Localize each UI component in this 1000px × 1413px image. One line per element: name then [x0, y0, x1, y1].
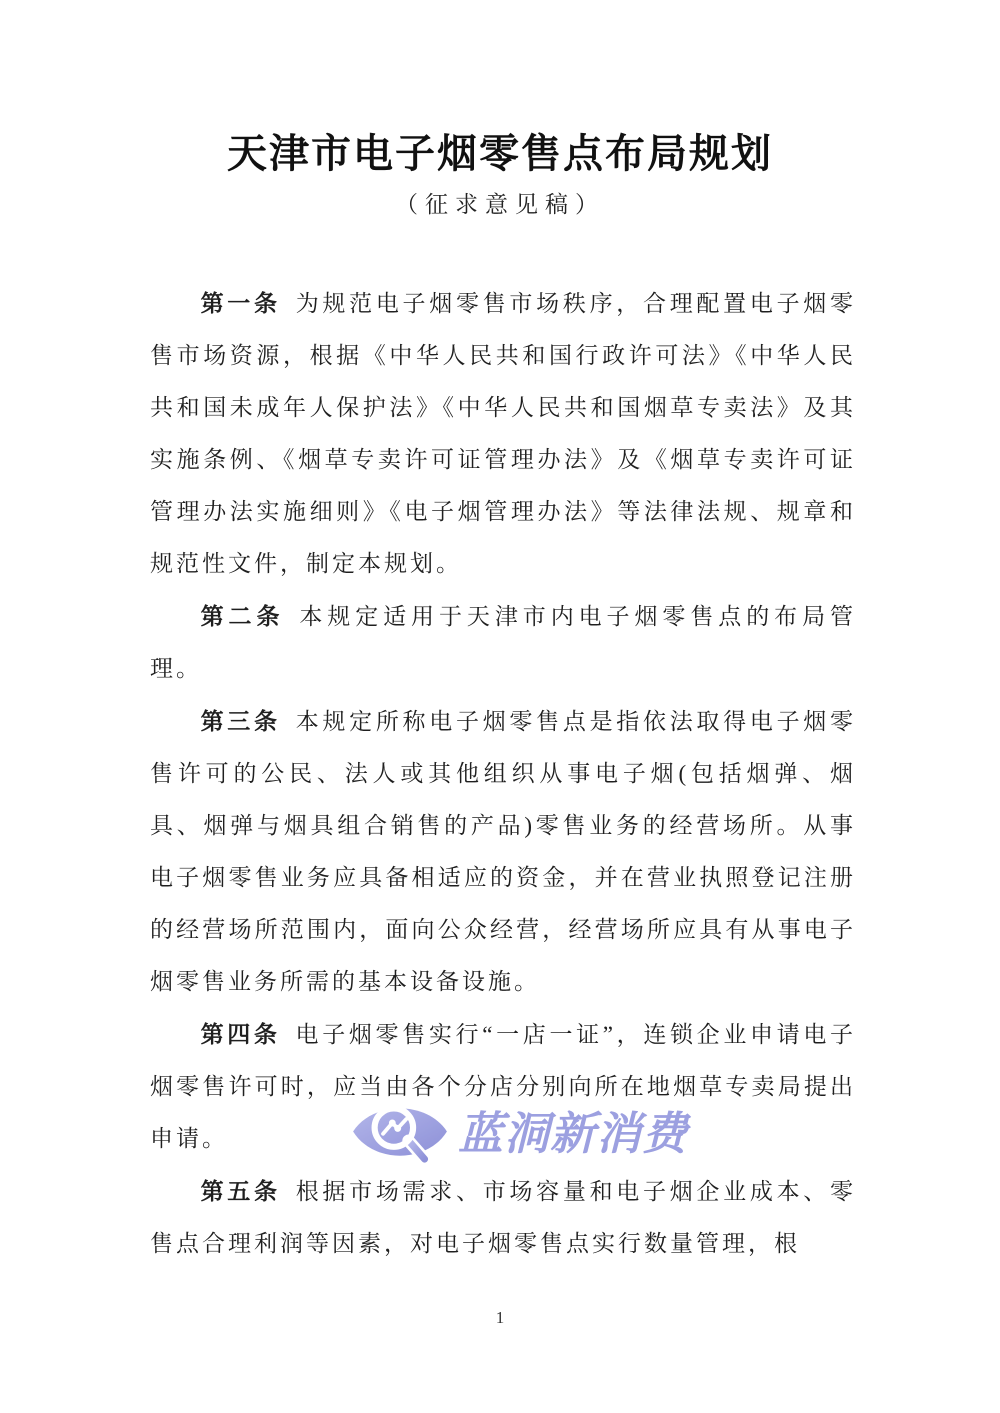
article-3-text: 本规定所称电子烟零售点是指依法取得电子烟零售许可的公民、法人或其他组织从事电子烟… [150, 709, 856, 994]
page-number: 1 [0, 1308, 1000, 1328]
paragraph-article-4: 第四条电子烟零售实行“一店一证”，连锁企业申请电子烟零售许可时，应当由各个分店分… [150, 1008, 856, 1165]
paragraph-article-1: 第一条为规范电子烟零售市场秩序，合理配置电子烟零售市场资源，根据《中华人民共和国… [150, 277, 856, 590]
document-title: 天津市电子烟零售点布局规划 [0, 122, 1000, 179]
paragraph-article-3: 第三条本规定所称电子烟零售点是指依法取得电子烟零售许可的公民、法人或其他组织从事… [150, 695, 856, 1008]
paragraph-article-2: 第二条本规定适用于天津市内电子烟零售点的布局管理。 [150, 590, 856, 695]
paragraph-article-5: 第五条根据市场需求、市场容量和电子烟企业成本、零售点合理利润等因素，对电子烟零售… [150, 1165, 856, 1270]
article-3-label: 第三条 [201, 708, 281, 734]
document-subtitle: （征求意见稿） [0, 186, 1000, 219]
article-5-label: 第五条 [201, 1178, 281, 1204]
document-page: 天津市电子烟零售点布局规划 （征求意见稿） 第一条为规范电子烟零售市场秩序，合理… [0, 0, 1000, 1413]
article-1-text: 为规范电子烟零售市场秩序，合理配置电子烟零售市场资源，根据《中华人民共和国行政许… [150, 291, 856, 576]
article-1-label: 第一条 [201, 290, 281, 316]
article-4-label: 第四条 [201, 1021, 281, 1047]
document-body: 第一条为规范电子烟零售市场秩序，合理配置电子烟零售市场资源，根据《中华人民共和国… [150, 277, 856, 1270]
article-2-label: 第二条 [201, 603, 285, 629]
